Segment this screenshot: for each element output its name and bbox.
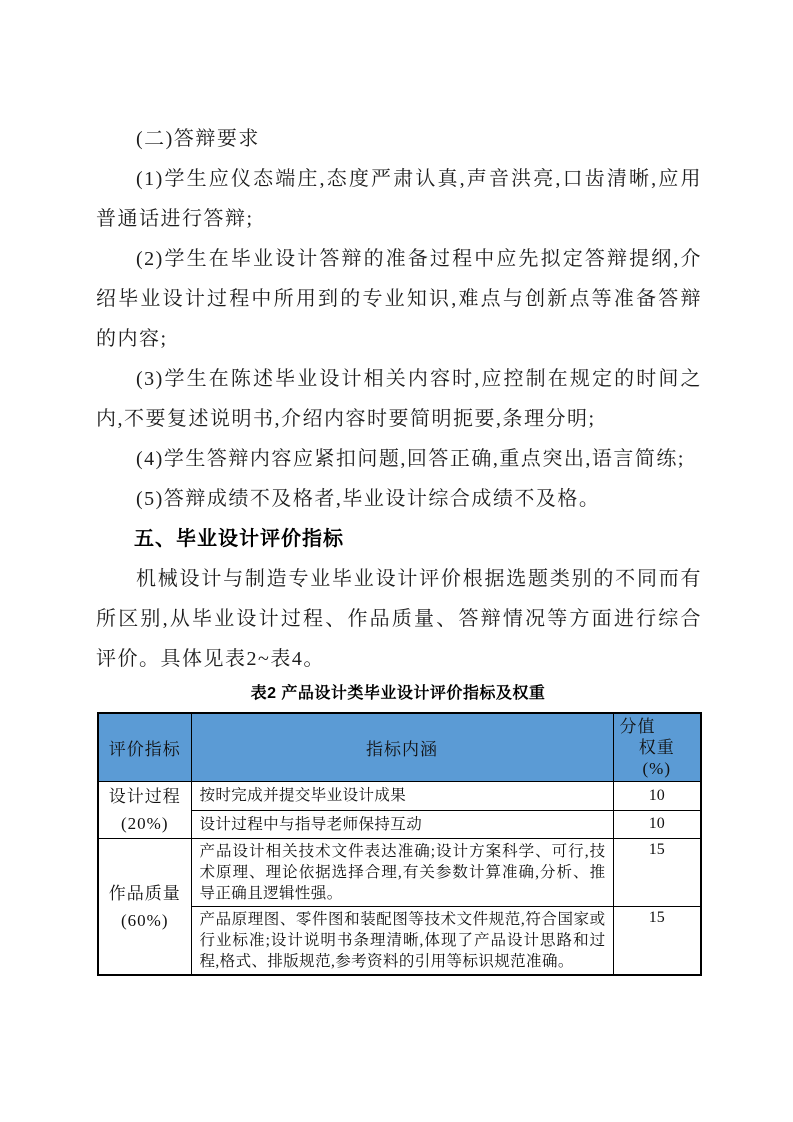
criteria-group-label-line-1: 设计过程 (100, 783, 190, 810)
header-weight-line-2: 权重 (614, 737, 701, 758)
weight-cell: 15 (613, 839, 701, 907)
table-row: 设计过程 (20%) 按时完成并提交毕业设计成果 10 (98, 782, 701, 811)
paragraph-item-5: (5)答辩成绩不及格者,毕业设计综合成绩不及格。 (96, 479, 702, 519)
header-cell-criteria: 评价指标 (98, 713, 191, 782)
paragraph-item-3: (3)学生在陈述毕业设计相关内容时,应控制在规定的时间之内,不要复述说明书,介绍… (96, 359, 702, 439)
weight-cell: 10 (613, 810, 701, 839)
weight-cell: 15 (613, 907, 701, 976)
criteria-group-label-line-2: (20%) (100, 810, 190, 837)
paragraph-item-1: (1)学生应仪态端庄,态度严肃认真,声音洪亮,口齿清晰,应用普通话进行答辩; (96, 159, 702, 239)
header-cell-indicator: 指标内涵 (191, 713, 613, 782)
indicator-cell: 产品原理图、零件图和装配图等技术文件规范,符合国家或行业标准;设计说明书条理清晰… (191, 907, 613, 976)
criteria-group-design-process: 设计过程 (20%) (98, 782, 191, 839)
header-cell-weight: 分值 权重 (%) (613, 713, 701, 782)
header-weight-line-3: (%) (614, 758, 701, 779)
table-caption: 表2 产品设计类毕业设计评价指标及权重 (96, 684, 700, 704)
table-header-row: 评价指标 指标内涵 分值 权重 (%) (98, 713, 701, 782)
table-row: 作品质量 (60%) 产品设计相关技术文件表达准确;设计方案科学、可行,技术原理… (98, 839, 701, 907)
evaluation-table: 评价指标 指标内涵 分值 权重 (%) 设计过程 (20%) 按时完成并提交毕业… (97, 712, 702, 976)
header-weight-line-1: 分值 (614, 716, 701, 737)
indicator-cell: 设计过程中与指导老师保持互动 (191, 810, 613, 839)
weight-cell: 10 (613, 782, 701, 811)
paragraph-item-4: (4)学生答辩内容应紧扣问题,回答正确,重点突出,语言简练; (96, 439, 702, 479)
intro-paragraph: 机械设计与制造专业毕业设计评价根据选题类别的不同而有所区别,从毕业设计过程、作品… (96, 559, 702, 679)
criteria-group-work-quality: 作品质量 (60%) (98, 839, 191, 976)
criteria-group-label-line-1: 作品质量 (100, 880, 190, 907)
criteria-group-label-line-2: (60%) (100, 907, 190, 934)
indicator-cell: 按时完成并提交毕业设计成果 (191, 782, 613, 811)
section-heading: 五、毕业设计评价指标 (96, 519, 702, 559)
page-content: (二)答辩要求 (1)学生应仪态端庄,态度严肃认真,声音洪亮,口齿清晰,应用普通… (96, 119, 702, 976)
paragraph-item-2: (2)学生在毕业设计答辩的准备过程中应先拟定答辩提纲,介绍毕业设计过程中所用到的… (96, 239, 702, 359)
document-page: (二)答辩要求 (1)学生应仪态端庄,态度严肃认真,声音洪亮,口齿清晰,应用普通… (0, 0, 793, 1122)
paragraph-defense-requirements-heading: (二)答辩要求 (96, 119, 702, 159)
indicator-cell: 产品设计相关技术文件表达准确;设计方案科学、可行,技术原理、理论依据选择合理,有… (191, 839, 613, 907)
